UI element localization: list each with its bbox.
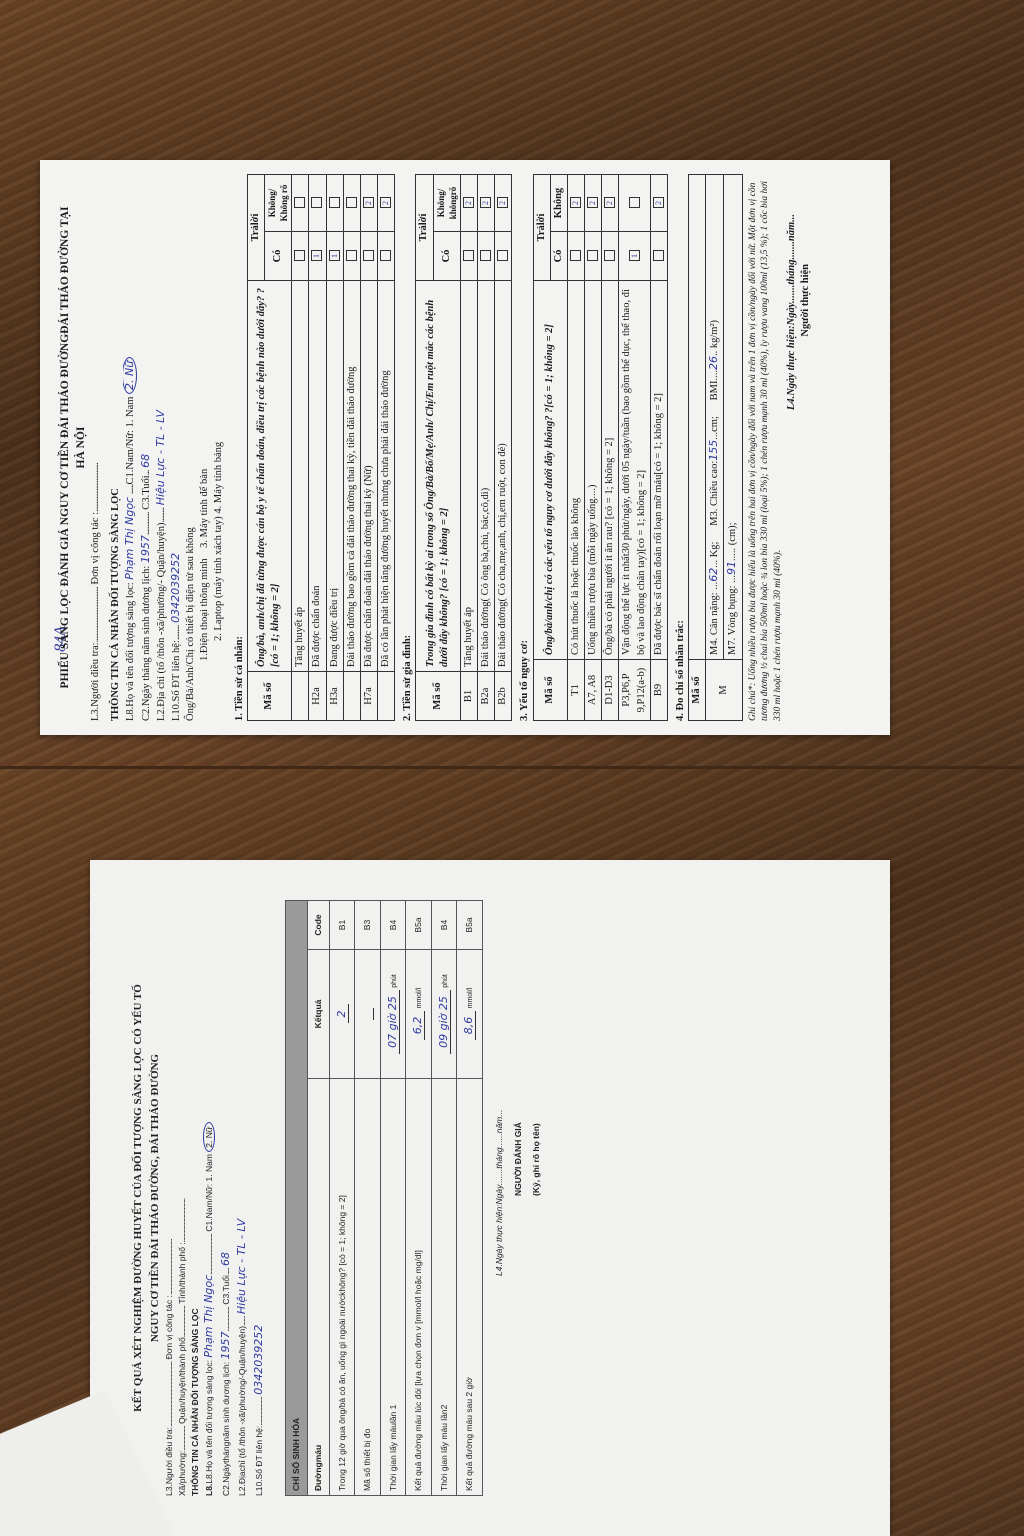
- full-name-value: Phạm Thị Ngọc: [123, 497, 136, 580]
- row-code: P3,P6,P 9,P12(a-b): [619, 660, 650, 721]
- answer-checkbox[interactable]: [480, 251, 491, 262]
- row-label: Đái tháo đường( Có cha,mẹ,anh, chị,em ru…: [495, 281, 512, 672]
- row-label: Vận động thể lực ít nhất30 phút/ngày, dư…: [619, 281, 650, 660]
- row-code: [343, 672, 360, 721]
- row-label: Đã được chẩn đoán: [309, 281, 326, 672]
- screening-form-content: PHIẾU SÀNG LỌC ĐÁNH GIÁ NGUY CƠ TIỀN ĐÁI…: [40, 160, 890, 735]
- row-label: Mã số thiết bị đo: [355, 1079, 381, 1496]
- anthropometrics-table: Mã số M M4. Cân nặng: ...62... Kg; M3. C…: [688, 174, 743, 721]
- answer-checkbox[interactable]: [463, 251, 474, 262]
- row-code: B4: [431, 901, 457, 950]
- answer-checkbox[interactable]: [653, 251, 664, 262]
- date-line: L4.Ngày thực hiện:Ngày.......tháng......…: [785, 214, 799, 721]
- row-code: D1-D3: [602, 660, 619, 721]
- date-line: L4.Ngày thực hiện:Ngày.......tháng......…: [493, 900, 506, 1496]
- evaluator-label: NGƯỜI ĐÁNH GIÁ: [512, 900, 525, 1496]
- gender-selected: 2. Nữ: [123, 357, 137, 394]
- result-value[interactable]: 09 giờ 25: [437, 990, 451, 1054]
- answer-checkbox[interactable]: 2: [480, 198, 491, 209]
- field-interviewer: L3.Người điều tra:......................…: [89, 174, 103, 721]
- answer-checkbox[interactable]: [587, 251, 598, 262]
- section-personal-info: THÔNG TIN CÁ NHÂN ĐỐI TƯỢNG SÀNG LỌC: [189, 900, 202, 1496]
- answer-checkbox[interactable]: 1: [311, 251, 322, 262]
- row-label: Đang được điều trị: [326, 281, 343, 672]
- section-personal-info: THÔNG TIN CÁ NHÂN ĐỐI TƯỢNG SÀNG LỌC: [109, 174, 123, 721]
- personal-history-table: Mã số Ông/bà, anh/chị đã từng được cán b…: [247, 174, 395, 721]
- answer-checkbox[interactable]: [329, 198, 340, 209]
- table-row: B9Đã được bác sĩ chẩn đoán rối loạn mỡ m…: [650, 175, 667, 721]
- table-row: Trong 12 giờ qua ông/bà có ăn, uống gì n…: [329, 901, 355, 1496]
- weight-value: 62: [707, 568, 720, 582]
- answer-checkbox[interactable]: [380, 251, 391, 262]
- row-label: Ông/bà có phải người ít ăn rau? [có = 1;…: [602, 281, 619, 660]
- table-row: A7, A8Uống nhiều rượu bia (mỗi ngày uống…: [585, 175, 602, 721]
- row-label: Đã có lần phát hiện tăng đường huyết như…: [378, 281, 395, 672]
- blood-glucose-result-sheet: KẾT QUẢ XÉT NGHIỆM ĐƯỜNG HUYẾT CỦA ĐỐI T…: [90, 860, 890, 1536]
- biochemistry-table: CHỈ SỐ SINH HÓA Đườngmáu Kếtquả Code Tro…: [285, 900, 483, 1496]
- answer-checkbox[interactable]: [497, 251, 508, 262]
- row-code: A7, A8: [585, 660, 602, 721]
- row-label: Tăng huyết áp: [460, 281, 477, 672]
- table-row: H2aĐã được chẩn đoán1: [309, 175, 326, 721]
- field-birth-year: C2.Ngày tháng năm sinh dương lịch: 1957.…: [139, 174, 154, 721]
- result-value[interactable]: [360, 1008, 374, 1020]
- table-row: B2aĐái tháo đường( Có ông bà,chú, bác,cô…: [478, 175, 495, 721]
- table-row: Kết quả đường máu lúc đói [lựa chọn đơn …: [406, 901, 432, 1496]
- row-code: B3: [355, 901, 381, 950]
- row-code: B4: [380, 901, 406, 950]
- table-row: H7aĐã được chẩn đoán đái tháo đường thai…: [360, 175, 377, 721]
- answer-checkbox[interactable]: [604, 251, 615, 262]
- table-row: T1Có hút thuốc lá hoặc thuốc lào không2: [567, 175, 584, 721]
- row-label: Tăng huyết áp: [292, 281, 309, 672]
- answer-checkbox[interactable]: 2: [463, 198, 474, 209]
- row-label: Đái tháo đường bao gồm cả đái tháo đường…: [343, 281, 360, 672]
- table-row: B2bĐái tháo đường( Có cha,mẹ,anh, chị,em…: [495, 175, 512, 721]
- evaluator-note: (Ký, ghi rõ họ tên): [530, 900, 543, 1496]
- photo-divider: [0, 766, 1024, 769]
- answer-checkbox[interactable]: 1: [329, 251, 340, 262]
- device-options: 1.Điện thoại thông minh 3. Máy tính để b…: [198, 174, 226, 721]
- field-address: L2.Địa chỉ (tổ /thôn -xã/phường/- Quận/h…: [154, 174, 169, 721]
- answer-checkbox[interactable]: 1: [629, 251, 640, 262]
- answer-checkbox[interactable]: 2: [604, 198, 615, 209]
- field-phone: L10.Số ĐT liên hệ:......... 0342039252: [169, 174, 184, 721]
- section-anthropometrics: 4. Đo chỉ số nhân trắc:: [674, 174, 688, 721]
- answer-checkbox[interactable]: 2: [497, 198, 508, 209]
- row-label: Kết quả đường máu sau 2 giờ: [457, 1079, 483, 1496]
- result-form-title: KẾT QUẢ XÉT NGHIỆM ĐƯỜNG HUYẾT CỦA ĐỐI T…: [130, 900, 163, 1496]
- answer-checkbox[interactable]: 2: [570, 198, 581, 209]
- table-row: D1-D3Ông/bà có phải người ít ăn rau? [có…: [602, 175, 619, 721]
- gender-selected: 2. Nữ: [203, 1122, 215, 1151]
- result-value[interactable]: 8,6: [462, 1011, 476, 1041]
- answer-checkbox[interactable]: [294, 251, 305, 262]
- row-label: Đái tháo đường( Có ông bà,chú, bác,cô,dì…: [478, 281, 495, 672]
- field-full-name: L8.L8.Họ và tên đối tượng sàng lọc: Phạm…: [201, 900, 218, 1496]
- answer-checkbox[interactable]: [570, 251, 581, 262]
- table-row: B1Tăng huyết áp2: [460, 175, 477, 721]
- table-row: Đái tháo đường bao gồm cả đái tháo đường…: [343, 175, 360, 721]
- result-value[interactable]: 07 giờ 25: [386, 990, 400, 1054]
- row-code: B1: [329, 901, 355, 950]
- row-code: B2a: [478, 672, 495, 721]
- row-label: Đã được chẩn đoán đái tháo đường thai kỳ…: [360, 281, 377, 672]
- table-row: P3,P6,P 9,P12(a-b)Vận động thể lực ít nh…: [619, 175, 650, 721]
- table-row: Mã số thiết bị đo B3: [355, 901, 381, 1496]
- table-row: Thời gian lấy máulần 107 giờ 25 phútB4: [380, 901, 406, 1496]
- table-row: Tăng huyết áp: [292, 175, 309, 721]
- table-row: H3aĐang được điều trị1: [326, 175, 343, 721]
- blood-glucose-result-content: KẾT QUẢ XÉT NGHIỆM ĐƯỜNG HUYẾT CỦA ĐỐI T…: [90, 860, 890, 1536]
- answer-checkbox[interactable]: 2: [653, 198, 664, 209]
- row-label: Thời gian lấy máu lần2: [431, 1079, 457, 1496]
- field-phone: L10.Số ĐT liên hệ:..................... …: [251, 900, 268, 1496]
- table-row: Kết quả đường máu sau 2 giờ8,6 mmol/lB5a: [457, 901, 483, 1496]
- field-interviewer: L3.Người điều tra:......................…: [163, 900, 176, 1496]
- answer-checkbox[interactable]: [311, 198, 322, 209]
- height-value: 155: [707, 440, 720, 461]
- field-address: L2.Địachỉ (tổ /thôn -xã/phường/-Quận/huy…: [234, 900, 251, 1496]
- row-label: Uống nhiều rượu bia (mỗi ngày uống....): [585, 281, 602, 660]
- row-label: Có hút thuốc lá hoặc thuốc lào không: [567, 281, 584, 660]
- result-value[interactable]: 2: [335, 1005, 349, 1024]
- result-value[interactable]: 6,2: [411, 1011, 425, 1041]
- row-label: Đã được bác sĩ chẩn đoán rối loạn mỡ máu…: [650, 281, 667, 660]
- row-code: [292, 672, 309, 721]
- row-code: B5a: [406, 901, 432, 950]
- family-history-table: Mã số Trong gia đình có bất kỳ ai trong …: [415, 174, 512, 721]
- device-question: Ông/Bà/Anh/Chị có thiết bị điện tử sau k…: [184, 174, 198, 721]
- waist-row: M7. Vòng bụng: ...91..... (cm);: [724, 175, 742, 660]
- field-birth-year: C2.Ngàythángnăm sinh dương lịch: 1957...…: [218, 900, 235, 1496]
- row-code: B2b: [495, 672, 512, 721]
- answer-checkbox[interactable]: 2: [587, 198, 598, 209]
- age-value: 68: [139, 454, 152, 468]
- answer-checkbox[interactable]: 2: [380, 198, 391, 209]
- answer-checkbox[interactable]: [294, 198, 305, 209]
- answer-checkbox[interactable]: 2: [363, 198, 374, 209]
- answer-checkbox[interactable]: [346, 251, 357, 262]
- weight-height-bmi-row: M4. Cân nặng: ...62... Kg; M3. Chiều cao…: [706, 175, 724, 660]
- alcohol-note: Ghi chú*: Uống nhiều rượu bia được hiểu …: [747, 174, 785, 721]
- row-label: Kết quả đường máu lúc đói [lựa chọn đơn …: [406, 1079, 432, 1496]
- row-code: H7a: [360, 672, 377, 721]
- row-code: B9: [650, 660, 667, 721]
- bmi-value: 26: [707, 356, 720, 370]
- screening-form-sheet: 84A PHIẾU SÀNG LỌC ĐÁNH GIÁ NGUY CƠ TIỀN…: [40, 160, 890, 735]
- table-row: Đã có lần phát hiện tăng đường huyết như…: [378, 175, 395, 721]
- row-code: B1: [460, 672, 477, 721]
- signer-label: Người thực hiện: [799, 264, 813, 721]
- section-family-history: 2. Tiền sử gia đình:: [401, 174, 415, 721]
- row-label: Thời gian lấy máulần 1: [380, 1079, 406, 1496]
- risk-factors-table: Mã số Ông/bà/anh/chị có các yếu tố nguy …: [533, 174, 668, 721]
- waist-value: 91: [725, 561, 738, 575]
- table-row: Thời gian lấy máu lần209 giờ 25 phútB4: [431, 901, 457, 1496]
- row-code: [378, 672, 395, 721]
- answer-checkbox[interactable]: [629, 198, 640, 209]
- field-location: Xã/phường:.................. Quận/huyện/…: [176, 900, 189, 1496]
- row-code: H2a: [309, 672, 326, 721]
- field-full-name: L8.Họ và tên đối tượng sàng lọc: Phạm Th…: [123, 174, 138, 721]
- row-code: T1: [567, 660, 584, 721]
- section-risk-factors: 3. Yếu tố nguy cơ:: [518, 174, 532, 721]
- section-personal-history: 1. Tiền sử cá nhân:: [233, 174, 247, 721]
- row-code: H3a: [326, 672, 343, 721]
- answer-checkbox[interactable]: [346, 198, 357, 209]
- answer-checkbox[interactable]: [363, 251, 374, 262]
- row-label: Trong 12 giờ qua ông/bà có ăn, uống gì n…: [329, 1079, 355, 1496]
- row-code: B5a: [457, 901, 483, 950]
- form-title: PHIẾU SÀNG LỌC ĐÁNH GIÁ NGUY CƠ TIỀN ĐÁI…: [58, 174, 89, 721]
